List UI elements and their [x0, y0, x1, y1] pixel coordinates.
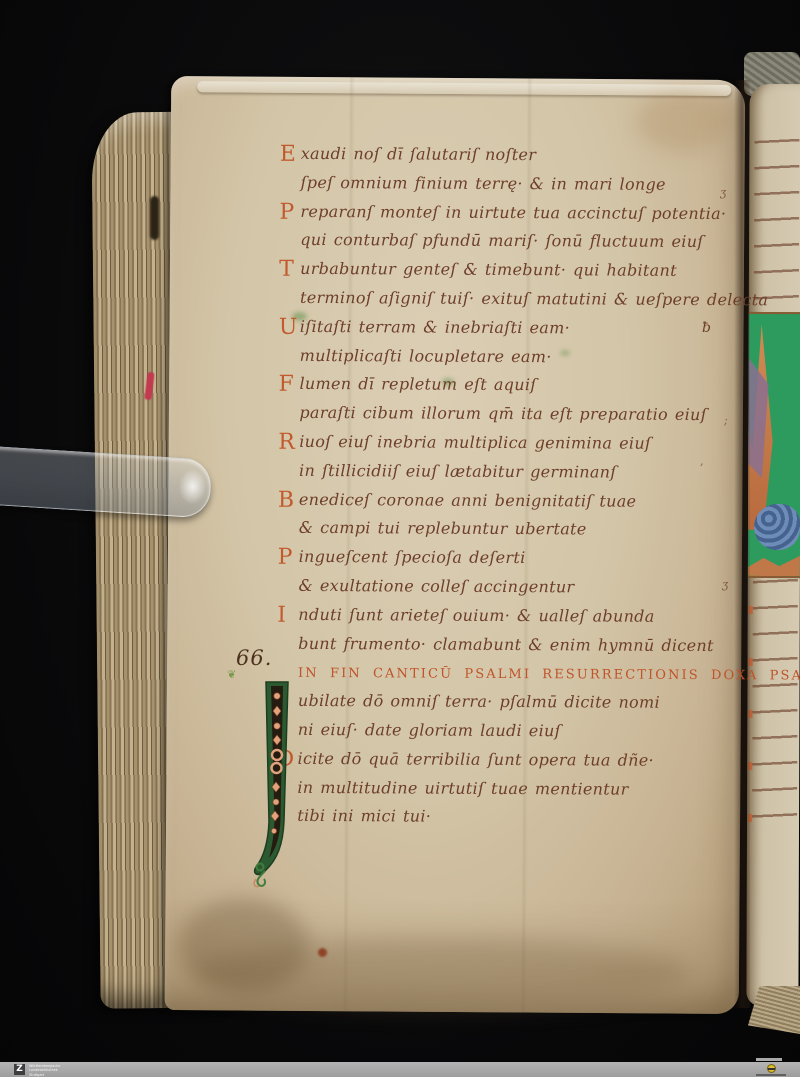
manuscript-line: Preparanſ monteſ in uirtute tua accinctu… [279, 197, 741, 228]
manuscript-line: Pingueſcent ſpecioſa deſerti [278, 543, 740, 574]
micro-text-mark [756, 1074, 786, 1076]
line-text: & exultatione colleſ accingentur [298, 576, 574, 596]
line-text: ubilate dō omniſ terra· pſalmū dicite no… [298, 691, 660, 712]
text-block: Exaudi noſ dī ſalutariſ noſterſpeſ omniu… [276, 140, 742, 834]
manuscript-line: ubilate dō omniſ terra· pſalmū dicite no… [277, 687, 739, 718]
miniature-illustration [748, 312, 800, 578]
manuscript-line: Benediceſ coronae anni benignitatiſ tuae [278, 485, 740, 516]
manuscript-line: bunt frumento· clamabunt & enim hymnū di… [277, 629, 739, 660]
line-text: enediceſ coronae anni benignitatiſ tuae [299, 489, 637, 510]
manuscript-line: Dicite dō quā terribilia ſunt opera tua … [276, 745, 738, 776]
line-text: ingueſcent ſpecioſa deſerti [299, 547, 526, 567]
margin-squiggle: ʒ [720, 186, 726, 199]
manuscript-line: multiplicaſti locupletare eam· [279, 341, 741, 372]
line-text: urbabuntur genteſ & timebunt· qui habita… [300, 259, 677, 280]
transparent-page-holder-strip [0, 446, 212, 519]
manuscript-photo-stage: 66. ❦ ƀ ʒ ; , ʒ Exaudi noſ dī ſalutariſ … [0, 0, 800, 1077]
facing-page-text-lines [752, 562, 798, 830]
line-text: iſitaſti terram & inebriaſti eam· [300, 317, 570, 337]
manuscript-line: tibi ini mici tui· [276, 802, 738, 833]
line-text: lumen dī repletum eſt aquiſ [299, 374, 536, 394]
line-text: reparanſ monteſ in uirtute tua accinctuſ… [300, 201, 726, 222]
funding-badge-icon [767, 1064, 776, 1073]
margin-squiggle: ʒ [722, 578, 728, 591]
manuscript-line: Turbabuntur genteſ & timebunt· qui habit… [279, 255, 741, 286]
margin-squiggle: , [700, 455, 704, 468]
manuscript-line: paraſti cibum illorum qm̄ ita eſt prepar… [278, 399, 740, 430]
line-text: xaudi noſ dī ſalutariſ noſter [301, 144, 537, 164]
manuscript-line: in ſtillicidiiſ eiuſ lætabitur germinanſ [278, 457, 740, 488]
line-text: ſpeſ omnium finium terrę· & in mari long… [301, 173, 666, 194]
manuscript-line: Exaudi noſ dī ſalutariſ noſter [280, 140, 742, 171]
colored-initial: I [277, 605, 298, 627]
line-text: nduti ſunt arieteſ ouium· & ualleſ abund… [298, 605, 654, 626]
manuscript-line: Riuoſ eiuſ inebria multiplica genimina e… [278, 428, 740, 459]
line-text: icite dō quā terribilia ſunt opera tua d… [298, 749, 654, 770]
colored-initial: U [279, 317, 300, 339]
library-logo-icon: Z [14, 1064, 25, 1075]
manuscript-line: terminoſ aſigniſ tuiſ· exituſ matutini &… [279, 284, 741, 315]
line-text: bunt frumento· clamabunt & enim hymnū di… [298, 633, 714, 654]
line-text: multiplicaſti locupletare eam· [300, 345, 552, 365]
manuscript-line: Flumen dī repletum eſt aquiſ [278, 370, 740, 401]
manuscript-line: qui conturbaſ pfundū mariſ· ſonū fluctuu… [279, 226, 741, 257]
manuscript-line: Induti ſunt arieteſ ouium· & ualleſ abun… [277, 601, 739, 632]
line-text: iuoſ eiuſ inebria multiplica genimina ei… [299, 432, 651, 453]
margin-flourish-icon: ❦ [227, 668, 236, 681]
library-name-line: Stuttgart [29, 1073, 60, 1077]
line-text: terminoſ aſigniſ tuiſ· exituſ matutini &… [300, 288, 768, 309]
manuscript-line: in multitudine uirtutiſ tuae mentientur [276, 773, 738, 804]
library-name-line: Landesbibliothek [29, 1068, 60, 1072]
margin-squiggle: ; [724, 414, 728, 427]
colored-initial: R [278, 432, 299, 454]
colored-initial: T [279, 259, 300, 281]
manuscript-line: ſpeſ omnium finium terrę· & in mari long… [280, 169, 742, 200]
micro-text-mark [756, 1058, 782, 1061]
facing-page-text-lines [754, 122, 800, 314]
colored-initial: P [278, 547, 299, 569]
manuscript-line: & campi tui replebuntur ubertate [278, 514, 740, 545]
colored-initial: B [278, 489, 299, 511]
line-text: paraſti cibum illorum qm̄ ita eſt prepar… [299, 403, 707, 424]
colored-initial: P [279, 201, 300, 223]
fore-edge-gap [150, 196, 159, 240]
library-watermark-bar: Z Württembergische Landesbibliothek Stut… [0, 1062, 800, 1077]
colored-initial: E [280, 144, 301, 166]
manuscript-line: Uiſitaſti terram & inebriaſti eam· [279, 313, 741, 344]
line-text: & campi tui replebuntur ubertate [299, 518, 587, 539]
manuscript-line: ni eiuſ· date gloriam laudi eiuſ [277, 716, 739, 747]
colored-initial: F [278, 374, 299, 396]
manuscript-line: IN FIN CANTICŪ PSALMI RESURRECTIONIS DOX… [277, 658, 739, 689]
line-text: tibi ini mici tui· [297, 806, 431, 826]
margin-letter-mark: ƀ [702, 320, 711, 336]
line-text: IN FIN CANTICŪ PSALMI RESURRECTIONIS DOX… [298, 666, 800, 684]
line-text: in ſtillicidiiſ eiuſ lætabitur germinanſ [299, 461, 617, 482]
miniature-water-waves [754, 504, 800, 550]
facing-page-sliver [746, 84, 800, 1006]
psalm-number-margin: 66. [236, 646, 272, 670]
manuscript-line: & exultatione colleſ accingentur [277, 572, 739, 603]
line-text: qui conturbaſ pfundū mariſ· ſonū fluctuu… [300, 230, 703, 251]
library-name: Württembergische Landesbibliothek Stuttg… [29, 1064, 60, 1077]
line-text: in multitudine uirtutiſ tuae mentientur [297, 777, 628, 798]
decorated-initial-J [253, 679, 299, 889]
line-text: ni eiuſ· date gloriam laudi eiuſ [298, 720, 561, 740]
